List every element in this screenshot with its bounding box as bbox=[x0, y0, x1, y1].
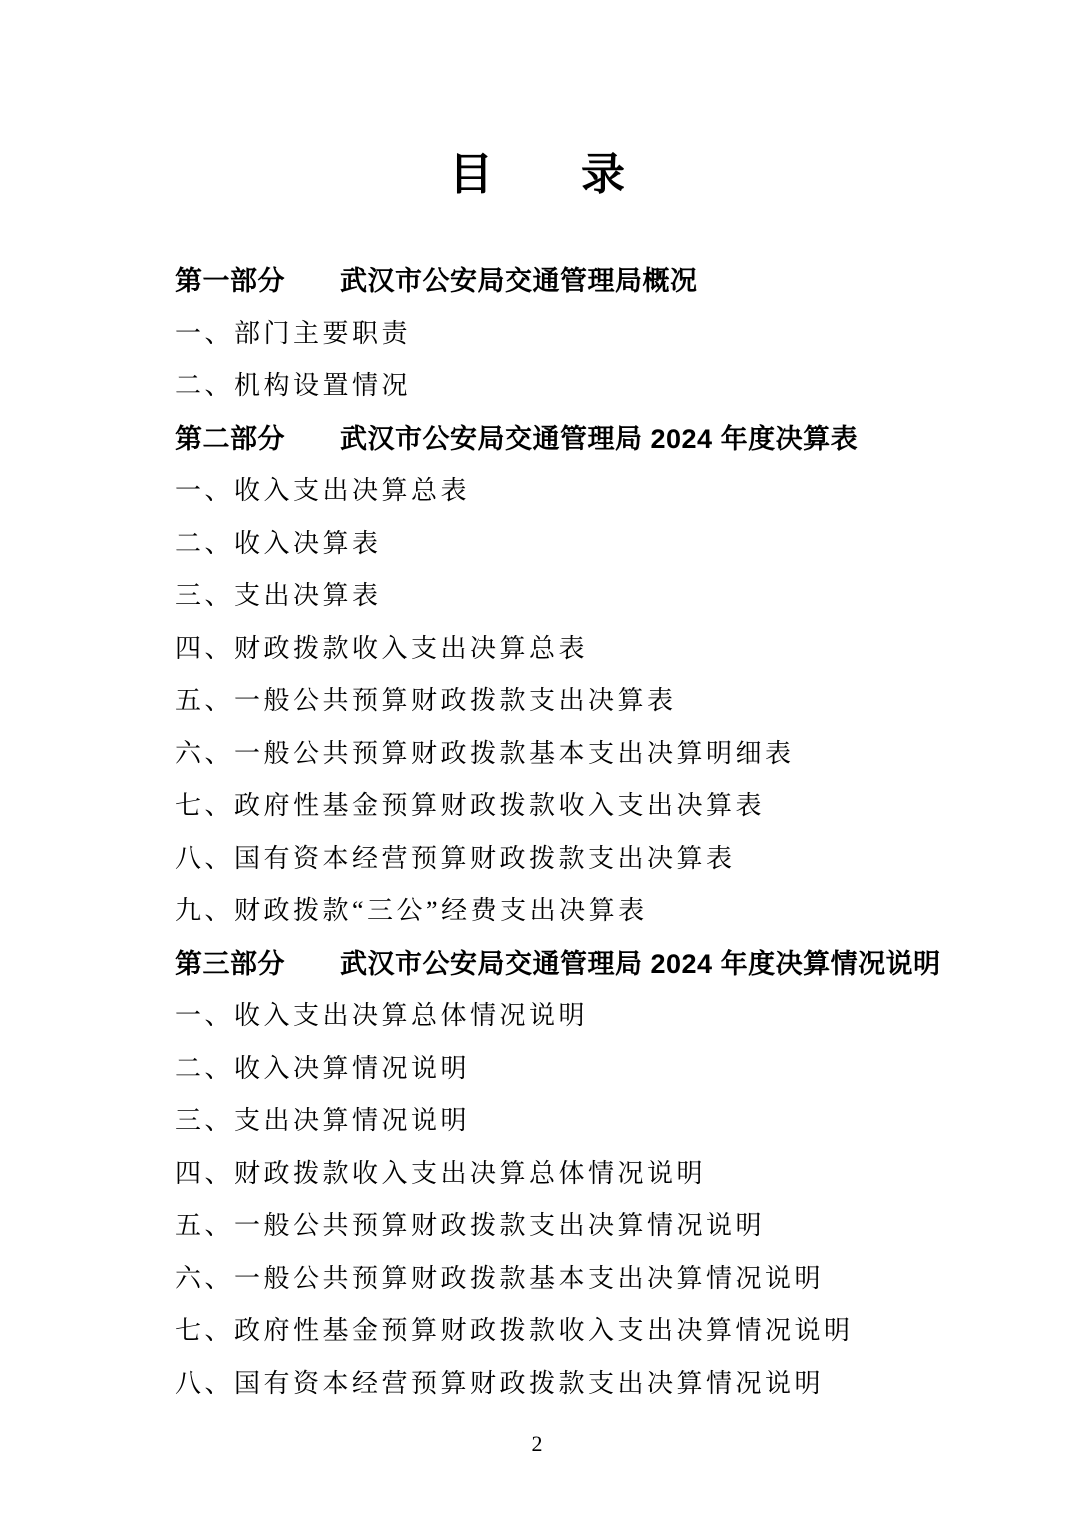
toc-item: 一、收入支出决算总表 bbox=[175, 465, 1005, 518]
toc-item: 六、一般公共预算财政拨款基本支出决算明细表 bbox=[175, 728, 1005, 781]
toc-item: 八、国有资本经营预算财政拨款支出决算情况说明 bbox=[175, 1358, 1005, 1411]
page-number: 2 bbox=[0, 1428, 1074, 1460]
toc-item: 三、支出决算表 bbox=[175, 570, 1005, 623]
toc-item: 二、收入决算表 bbox=[175, 518, 1005, 571]
toc-item: 四、财政拨款收入支出决算总体情况说明 bbox=[175, 1148, 1005, 1201]
document-page: 目 录 第一部分 武汉市公安局交通管理局概况 一、部门主要职责 二、机构设置情况… bbox=[0, 0, 1074, 1520]
toc-heading-part2: 第二部分 武汉市公安局交通管理局 2024 年度决算表 bbox=[175, 413, 1005, 466]
toc-item: 二、机构设置情况 bbox=[175, 360, 1005, 413]
toc-item: 二、收入决算情况说明 bbox=[175, 1043, 1005, 1096]
toc-item: 五、一般公共预算财政拨款支出决算表 bbox=[175, 675, 1005, 728]
toc-item: 五、一般公共预算财政拨款支出决算情况说明 bbox=[175, 1200, 1005, 1253]
table-of-contents: 第一部分 武汉市公安局交通管理局概况 一、部门主要职责 二、机构设置情况 第二部… bbox=[175, 255, 1005, 1410]
toc-heading-part3: 第三部分 武汉市公安局交通管理局 2024 年度决算情况说明 bbox=[175, 938, 1005, 991]
toc-item: 一、部门主要职责 bbox=[175, 308, 1005, 361]
toc-item: 一、收入支出决算总体情况说明 bbox=[175, 990, 1005, 1043]
toc-item: 八、国有资本经营预算财政拨款支出决算表 bbox=[175, 833, 1005, 886]
toc-item: 七、政府性基金预算财政拨款收入支出决算情况说明 bbox=[175, 1305, 1005, 1358]
toc-item: 九、财政拨款“三公”经费支出决算表 bbox=[175, 885, 1005, 938]
toc-item: 六、一般公共预算财政拨款基本支出决算情况说明 bbox=[175, 1253, 1005, 1306]
toc-heading-part1: 第一部分 武汉市公安局交通管理局概况 bbox=[175, 255, 1005, 308]
toc-item: 四、财政拨款收入支出决算总表 bbox=[175, 623, 1005, 676]
toc-item: 三、支出决算情况说明 bbox=[175, 1095, 1005, 1148]
document-title: 目 录 bbox=[0, 146, 1074, 204]
toc-item: 七、政府性基金预算财政拨款收入支出决算表 bbox=[175, 780, 1005, 833]
